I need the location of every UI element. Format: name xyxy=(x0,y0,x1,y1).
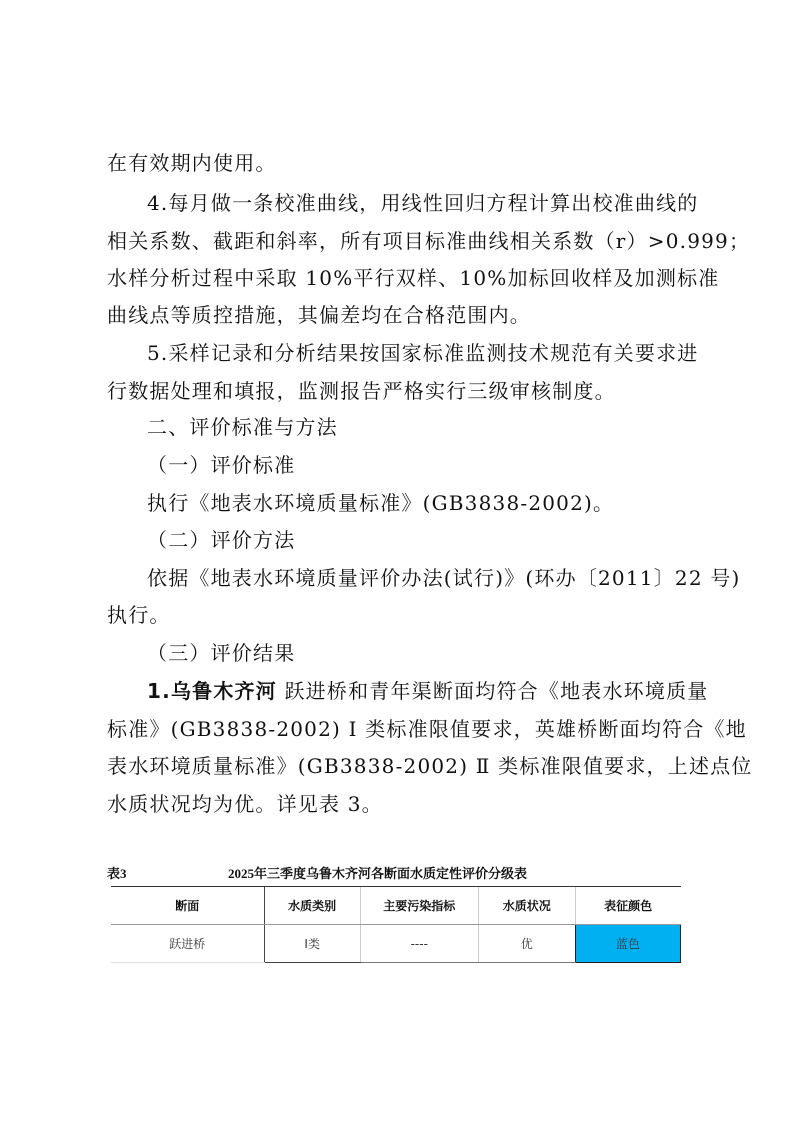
table-header-row: 断面 水质类别 主要污染指标 水质状况 表征颜色 xyxy=(111,887,681,925)
river-name: 1.乌鲁木齐河 xyxy=(147,679,277,703)
header-color: 表征颜色 xyxy=(575,887,680,925)
cell-color-blue: 蓝色 xyxy=(575,925,680,963)
subsection-heading-2: （二）评价方法 xyxy=(147,527,295,553)
header-main-pollutant: 主要污染指标 xyxy=(360,887,478,925)
paragraph-line: 在有效期内使用。 xyxy=(107,150,277,176)
paragraph-4-line-1: 4.每月做一条校准曲线，用线性回归方程计算出校准曲线的 xyxy=(147,190,698,216)
section-heading: 二、评价标准与方法 xyxy=(147,414,338,440)
water-quality-table: 断面 水质类别 主要污染指标 水质状况 表征颜色 跃进桥 Ⅰ类 ---- 优 蓝… xyxy=(111,886,681,963)
result-line-1: 1.乌鲁木齐河 跃进桥和青年渠断面均符合《地表水环境质量 xyxy=(147,678,708,704)
paragraph-5-line-2: 行数据处理和填报，监测报告严格实行三级审核制度。 xyxy=(107,378,616,404)
paragraph-4-line-4: 曲线点等质控措施，其偏差均在合格范围内。 xyxy=(107,302,531,328)
cell-section: 跃进桥 xyxy=(111,925,264,963)
header-section: 断面 xyxy=(111,887,264,925)
standard-text: 执行《地表水环境质量标准》(GB3838-2002)。 xyxy=(147,490,614,516)
subsection-heading-1: （一）评价标准 xyxy=(147,452,295,478)
cell-water-class: Ⅰ类 xyxy=(264,925,360,963)
table-label: 表3 xyxy=(107,863,127,882)
header-water-class: 水质类别 xyxy=(264,887,360,925)
paragraph-4-line-2: 相关系数、截距和斜率，所有项目标准曲线相关系数（r）>0.999； xyxy=(107,228,750,254)
cell-water-status: 优 xyxy=(478,925,575,963)
cell-main-pollutant: ---- xyxy=(360,925,478,963)
result-line-3: 表水环境质量标准》(GB3838-2002) Ⅱ 类标准限值要求，上述点位 xyxy=(107,753,753,779)
paragraph-5-line-1: 5.采样记录和分析结果按国家标准监测技术规范有关要求进 xyxy=(147,340,698,366)
result-text: 跃进桥和青年渠断面均符合《地表水环境质量 xyxy=(277,679,709,703)
table-row: 跃进桥 Ⅰ类 ---- 优 蓝色 xyxy=(111,925,681,963)
result-line-2: 标准》(GB3838-2002) Ⅰ 类标准限值要求，英雄桥断面均符合《地 xyxy=(107,716,747,742)
paragraph-4-line-3: 水样分析过程中采取 10%平行双样、10%加标回收样及加测标准 xyxy=(107,265,719,291)
method-text-line-1: 依据《地表水环境质量评价办法(试行)》(环办〔2011〕22 号) xyxy=(147,565,741,591)
table-title: 2025年三季度乌鲁木齐河各断面水质定性评价分级表 xyxy=(228,863,527,882)
result-line-4: 水质状况均为优。详见表 3。 xyxy=(107,791,383,817)
method-text-line-2: 执行。 xyxy=(107,602,171,628)
subsection-heading-3: （三）评价结果 xyxy=(147,640,295,666)
header-water-status: 水质状况 xyxy=(478,887,575,925)
